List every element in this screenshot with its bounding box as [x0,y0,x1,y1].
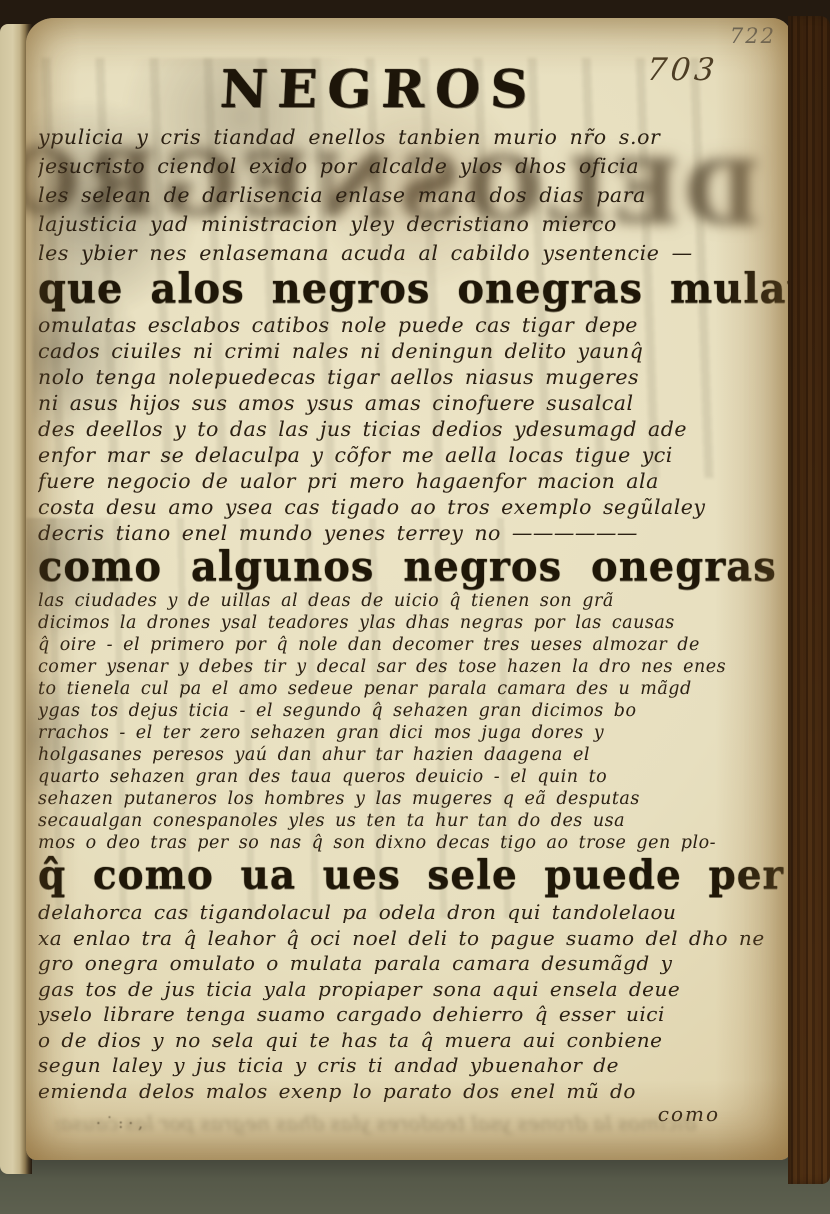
book-fore-edge [788,16,830,1184]
manuscript-line: ni asus hijos sus amos ysus amas cinofue… [38,390,786,416]
manuscript-line: jesucristo ciendol exido por alcalde ylo… [38,152,786,181]
manuscript-line: quarto sehazen gran des taua queros deui… [38,766,786,788]
manuscript-line: dicimos la drones ysal teadores ylas dha… [38,612,786,634]
manuscript-line: segun laley y jus ticia y cris ti andad … [38,1053,786,1079]
section-heading: como algunos negros onegras de [38,545,786,591]
manuscript-line: xa enlao tra q̂ leahor q̂ oci noel deli … [38,926,786,952]
manuscript-line: rrachos - el ter zero sehazen gran dici … [38,722,786,744]
page-title: NEGROS [218,62,787,122]
manuscript-line: costa desu amo ysea cas tigado ao tros e… [38,494,786,520]
manuscript-line: gro onegra omulato o mulata parala camar… [38,951,786,977]
section-heading: q̂ como ua ues sele puede per donar [38,853,786,901]
desk-surface [0,1156,830,1214]
manuscript-text-column: NEGROS ypulicia y cris tiandad enellos t… [38,62,786,1126]
manuscript-line: cados ciuiles ni crimi nales ni deningun… [38,338,786,364]
manuscript-line: gas tos de jus ticia yala propiaper sona… [38,977,786,1003]
manuscript-page: DELOSNEGROS dicimos la drones ysal teado… [26,18,792,1160]
manuscript-line: las ciudades y de uillas al deas de uici… [38,590,786,612]
manuscript-line: comer ysenar y debes tir y decal sar des… [38,656,786,678]
manuscript-line: sehazen putaneros los hombres y las muge… [38,788,786,810]
manuscript-section: ypulicia y cris tiandad enellos tanbien … [38,123,786,268]
manuscript-line: les selean de darlisencia enlase mana do… [38,181,786,210]
manuscript-line: yselo librare tenga suamo cargado dehier… [38,1002,786,1028]
manuscript-line: q̂ oire - el primero por q̂ nole dan dec… [38,634,786,656]
manuscript-section: delahorca cas tigandolacul pa odela dron… [38,900,786,1104]
section-heading: que alos negros onegras mulatos [38,267,786,313]
manuscript-line: to tienela cul pa el amo sedeue penar pa… [38,678,786,700]
manuscript-section: omulatas esclabos catibos nole puede cas… [38,312,786,546]
manuscript-section: las ciudades y de uillas al deas de uici… [38,590,786,854]
catchword: como [38,1102,720,1126]
manuscript-line: ypulicia y cris tiandad enellos tanbien … [38,123,786,152]
manuscript-line: omulatas esclabos catibos nole puede cas… [38,312,786,338]
manuscript-line: lajusticia yad ministracion yley decrist… [38,210,786,239]
manuscript-scan: DELOSNEGROS dicimos la drones ysal teado… [0,0,830,1214]
manuscript-line: delahorca cas tigandolacul pa odela dron… [38,900,786,926]
manuscript-line: emienda delos malos exenp lo parato dos … [38,1079,786,1105]
manuscript-line: ygas tos dejus ticia - el segundo q̂ seh… [38,700,786,722]
manuscript-line: secaualgan conespanoles yles us ten ta h… [38,810,786,832]
manuscript-line: enfor mar se delaculpa y cõfor me aella … [38,442,786,468]
folio-number-pencil: 722 [730,24,776,48]
manuscript-line: o de dios y no sela qui te has ta q̂ mue… [38,1028,786,1054]
manuscript-line: holgasanes peresos yaú dan ahur tar hazi… [38,744,786,766]
manuscript-line: des deellos y to das las jus ticias dedi… [38,416,786,442]
manuscript-line: fuere negocio de ualor pri mero hagaenfo… [38,468,786,494]
manuscript-line: nolo tenga nolepuedecas tigar aellos nia… [38,364,786,390]
